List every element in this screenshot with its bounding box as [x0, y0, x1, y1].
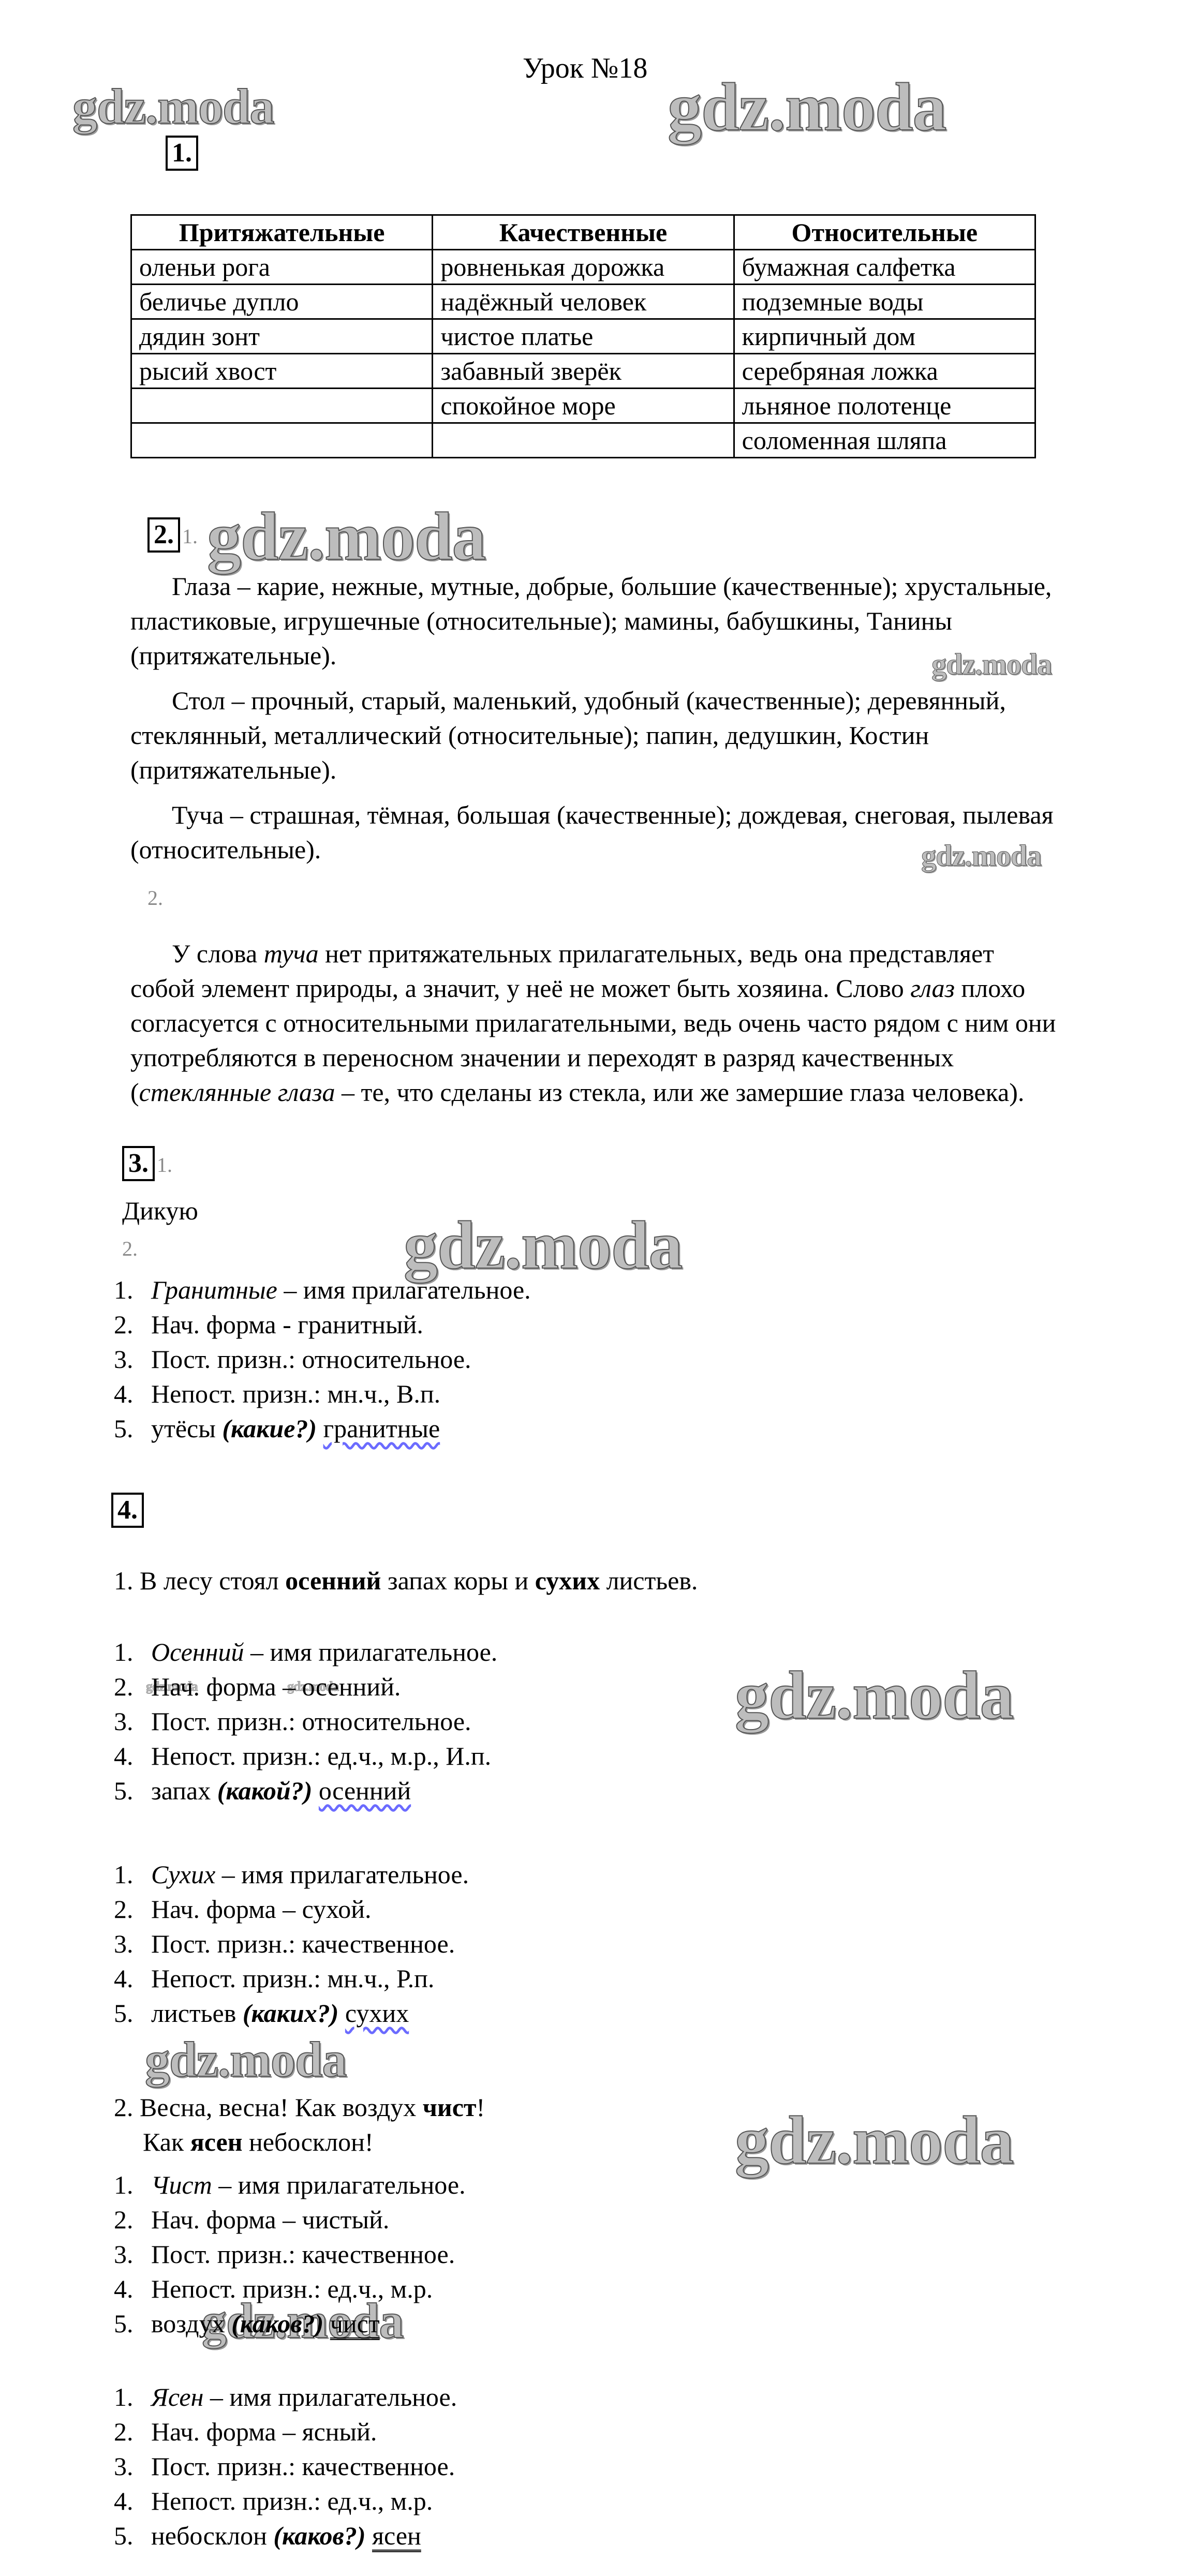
- table-cell: рысий хвост: [131, 354, 433, 389]
- highlighted-adjective: сухих: [535, 1566, 600, 1595]
- analyzed-word: Чист: [151, 2170, 212, 2199]
- item-number: 4.: [114, 2484, 151, 2519]
- underlined-adjective: ясен: [372, 2521, 421, 2550]
- table-cell: подземные воды: [734, 285, 1035, 319]
- table-cell: [131, 423, 433, 458]
- answer-text: Дикую: [122, 1195, 198, 1226]
- noun: воздух: [151, 2309, 231, 2338]
- item-number: 1.: [114, 2380, 151, 2415]
- table-row: беличье дуплонадёжный человекподземные в…: [131, 285, 1035, 319]
- italic-term: глаз: [910, 974, 955, 1003]
- task-4-label: 4.: [111, 1493, 144, 1528]
- item-number: 5.: [114, 2306, 151, 2341]
- watermark: gdz.moda: [72, 78, 274, 135]
- item-number: 3.: [114, 1342, 151, 1377]
- analysis-item: 4.Непост. призн.: мн.ч., Р.п.: [114, 1961, 469, 1996]
- underlined-adjective: чист: [330, 2309, 380, 2338]
- analysis-item: 5.воздух (каков?) чист: [114, 2306, 466, 2341]
- table-cell: [433, 423, 734, 458]
- item-number: 1.: [114, 1635, 151, 1670]
- item-number: 5.: [114, 1774, 151, 1808]
- item-number: 4.: [114, 1377, 151, 1411]
- watermark: gdz.moda: [668, 67, 946, 146]
- answer-paragraph: Глаза – карие, нежные, мутные, добрые, б…: [130, 569, 1062, 673]
- noun: утёсы: [151, 1414, 222, 1443]
- item-number: 3.: [114, 2237, 151, 2272]
- analysis-item: 1.Сухих – имя прилагательное.: [114, 1857, 469, 1892]
- table-header: Качественные: [433, 215, 734, 250]
- analyzed-word: Сухих: [151, 1860, 215, 1889]
- page-title: Урок №18: [523, 52, 647, 85]
- underlined-adjective: осенний: [319, 1776, 411, 1805]
- table-row: дядин зонтчистое платьекирпичный дом: [131, 319, 1035, 354]
- highlighted-adjective: чист: [423, 2093, 477, 2122]
- table-row: рысий хвостзабавный зверёксеребряная лож…: [131, 354, 1035, 389]
- analysis-item: 4.Непост. призн.: мн.ч., В.п.: [114, 1377, 531, 1411]
- watermark: gdz.moda: [145, 2031, 346, 2088]
- task-1-label: 1.: [166, 136, 198, 171]
- sentence-1: 1. В лесу стоял осенний запах коры и сух…: [114, 1565, 698, 1596]
- analysis-item: 1.Гранитные – имя прилагательное.: [114, 1273, 531, 1307]
- item-number: 5.: [114, 2519, 151, 2553]
- item-number: 5.: [114, 1411, 151, 1446]
- table-header: Относительные: [734, 215, 1035, 250]
- watermark: gdz.moda: [207, 497, 485, 576]
- item-number: 2.: [114, 2415, 151, 2449]
- table-cell: спокойное море: [433, 389, 734, 423]
- underlined-adjective: гранитные: [323, 1414, 440, 1443]
- analysis-item: 1.Осенний – имя прилагательное.: [114, 1635, 497, 1670]
- noun: небосклон: [151, 2521, 273, 2550]
- analysis-item: 3.Пост. призн.: качественное.: [114, 2449, 457, 2484]
- task-2-label: 2. 1.: [147, 517, 198, 553]
- analysis-item: 2.Нач. форма – сухой.: [114, 1892, 469, 1927]
- analysis-item: 1.Чист – имя прилагательное.: [114, 2168, 466, 2202]
- analysis-item: 5.утёсы (какие?) гранитные: [114, 1411, 531, 1446]
- analysis-list: 1.Ясен – имя прилагательное.2.Нач. форма…: [114, 2380, 457, 2553]
- table-cell: дядин зонт: [131, 319, 433, 354]
- task-3-label: 3. 1.: [122, 1146, 172, 1181]
- analysis-item: 5.листьев (каких?) сухих: [114, 1996, 469, 2031]
- analyzed-word: Гранитные: [151, 1275, 277, 1304]
- analysis-item: 2.Нач. форма – осенний.: [114, 1670, 497, 1704]
- question: (каких?): [243, 1999, 339, 2028]
- table-cell: [131, 389, 433, 423]
- highlighted-adjective: осенний: [285, 1566, 381, 1595]
- analysis-item: 3.Пост. призн.: относительное.: [114, 1704, 497, 1739]
- analysis-item: 4.Непост. призн.: ед.ч., м.р.: [114, 2272, 466, 2306]
- sentence-2: 2. Весна, весна! Как воздух чист! Как яс…: [114, 2090, 485, 2160]
- table-header: Притяжательные: [131, 215, 433, 250]
- analysis-list: 1.Сухих – имя прилагательное.2.Нач. форм…: [114, 1857, 469, 2031]
- item-number: 4.: [114, 1961, 151, 1996]
- table-cell: бумажная салфетка: [734, 250, 1035, 285]
- noun: листьев: [151, 1999, 243, 2028]
- question: (каков?): [231, 2309, 323, 2338]
- table-cell: ровненькая дорожка: [433, 250, 734, 285]
- adjective-table: Притяжательные Качественные Относительны…: [130, 214, 1036, 458]
- item-number: 3.: [114, 2449, 151, 2484]
- table-cell: оленьи рога: [131, 250, 433, 285]
- watermark: gdz.moda: [735, 2101, 1013, 2180]
- item-number: 2.: [114, 2202, 151, 2237]
- table-cell: надёжный человек: [433, 285, 734, 319]
- analyzed-word: Осенний: [151, 1637, 244, 1666]
- italic-term: туча: [264, 939, 319, 968]
- subtask-label: 1.: [157, 1153, 172, 1177]
- answer-paragraph: Стол – прочный, старый, маленький, удобн…: [130, 683, 1062, 787]
- table-cell: серебряная ложка: [734, 354, 1035, 389]
- table-cell: кирпичный дом: [734, 319, 1035, 354]
- table-cell: льняное полотенце: [734, 389, 1035, 423]
- italic-term: стеклянные глаза: [139, 1078, 335, 1107]
- table-cell: чистое платье: [433, 319, 734, 354]
- analysis-item: 2.Нач. форма - гранитный.: [114, 1307, 531, 1342]
- table-cell: соломенная шляпа: [734, 423, 1035, 458]
- analysis-item: 4.Непост. призн.: ед.ч., м.р.: [114, 2484, 457, 2519]
- table-row: оленьи рогаровненькая дорожкабумажная са…: [131, 250, 1035, 285]
- analysis-item: 4.Непост. призн.: ед.ч., м.р., И.п.: [114, 1739, 497, 1774]
- item-number: 4.: [114, 2272, 151, 2306]
- item-number: 1.: [114, 1273, 151, 1307]
- question: (каков?): [273, 2521, 365, 2550]
- analysis-item: 1.Ясен – имя прилагательное.: [114, 2380, 457, 2415]
- analysis-list: 1.Осенний – имя прилагательное.2.Нач. фо…: [114, 1635, 497, 1808]
- table-cell: забавный зверёк: [433, 354, 734, 389]
- analysis-item: 3.Пост. призн.: относительное.: [114, 1342, 531, 1377]
- item-number: 1.: [114, 1857, 151, 1892]
- item-number: 5.: [114, 1996, 151, 2031]
- watermark: gdz.moda: [735, 1656, 1013, 1735]
- highlighted-adjective: ясен: [190, 2127, 243, 2156]
- analysis-item: 5.небосклон (каков?) ясен: [114, 2519, 457, 2553]
- item-number: 3.: [114, 1927, 151, 1961]
- task-2-explanation: У слова туча нет притяжательных прилагат…: [130, 936, 1062, 1120]
- question: (какой?): [217, 1776, 313, 1805]
- item-number: 2.: [114, 1892, 151, 1927]
- noun: запах: [151, 1776, 217, 1805]
- subtask-label: 1.: [182, 525, 198, 548]
- subtask-label: 2.: [147, 886, 163, 910]
- item-number: 4.: [114, 1739, 151, 1774]
- question: (какие?): [222, 1414, 317, 1443]
- item-number: 1.: [114, 2168, 151, 2202]
- table-row: соломенная шляпа: [131, 423, 1035, 458]
- answer-paragraph: Туча – страшная, тёмная, большая (качест…: [130, 798, 1062, 867]
- analysis-list: 1.Чист – имя прилагательное.2.Нач. форма…: [114, 2168, 466, 2341]
- analysis-list: 1.Гранитные – имя прилагательное.2.Нач. …: [114, 1273, 531, 1446]
- analysis-item: 3.Пост. призн.: качественное.: [114, 2237, 466, 2272]
- table-cell: беличье дупло: [131, 285, 433, 319]
- item-number: 2.: [114, 1670, 151, 1704]
- subtask-label: 2.: [122, 1237, 138, 1261]
- analysis-item: 2.Нач. форма – чистый.: [114, 2202, 466, 2237]
- item-number: 3.: [114, 1704, 151, 1739]
- analysis-item: 2.Нач. форма – ясный.: [114, 2415, 457, 2449]
- analyzed-word: Ясен: [151, 2383, 203, 2411]
- analysis-item: 3.Пост. призн.: качественное.: [114, 1927, 469, 1961]
- task-2-answers: Глаза – карие, нежные, мутные, добрые, б…: [130, 569, 1062, 877]
- underlined-adjective: сухих: [345, 1999, 409, 2028]
- item-number: 2.: [114, 1307, 151, 1342]
- analysis-item: 5.запах (какой?) осенний: [114, 1774, 497, 1808]
- table-row: спокойное морельняное полотенце: [131, 389, 1035, 423]
